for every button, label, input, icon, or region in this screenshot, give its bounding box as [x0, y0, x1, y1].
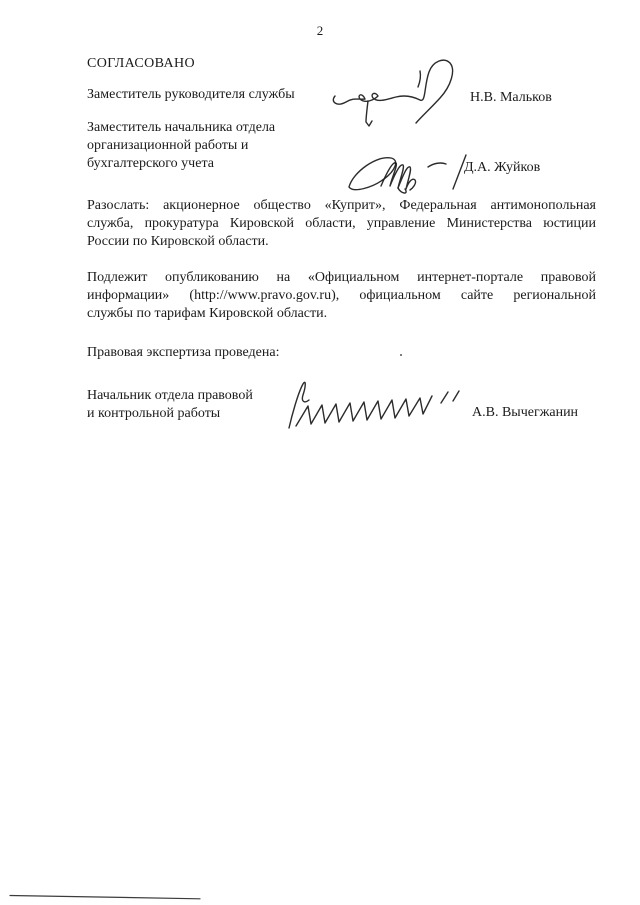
paragraph-line: России по Кировской области.	[87, 233, 596, 251]
document-page: 2 СОГЛАСОВАНО Заместитель руководителя с…	[0, 0, 640, 905]
scan-artifact-dot	[400, 354, 402, 356]
signatory-2-title: Заместитель начальника отдела организаци…	[87, 119, 337, 173]
scan-artifact-line	[8, 892, 208, 902]
distribution-paragraph: Разослать: акционерное общество «Куприт»…	[87, 197, 596, 251]
publication-paragraph: Подлежит опубликованию на «Официальном и…	[87, 269, 596, 323]
legal-review-label: Правовая экспертиза проведена:	[87, 344, 279, 362]
signature-zhuykov-icon	[343, 146, 468, 192]
signature-malkov-icon	[332, 56, 467, 129]
page-number: 2	[0, 22, 640, 40]
title-line: Заместитель руководителя службы	[87, 86, 337, 104]
signatory-1-title: Заместитель руководителя службы	[87, 86, 337, 104]
signature-vychegzhanin-icon	[283, 379, 468, 431]
paragraph-line: служба, прокуратура Кировской области, у…	[87, 215, 596, 233]
approval-heading: СОГЛАСОВАНО	[87, 55, 195, 73]
paragraph-line: Подлежит опубликованию на «Официальном и…	[87, 269, 596, 287]
signatory-2-name: Д.А. Жуйков	[464, 159, 540, 177]
title-line: Заместитель начальника отдела	[87, 119, 337, 137]
paragraph-line: службы по тарифам Кировской области.	[87, 305, 596, 323]
paragraph-line: Разослать: акционерное общество «Куприт»…	[87, 197, 596, 215]
title-line: организационной работы и	[87, 137, 337, 155]
signatory-3-name: А.В. Вычегжанин	[472, 404, 578, 422]
paragraph-line: информации» (http://www.pravo.gov.ru), о…	[87, 287, 596, 305]
signatory-1-name: Н.В. Мальков	[470, 89, 552, 107]
title-line: бухгалтерского учета	[87, 155, 337, 173]
